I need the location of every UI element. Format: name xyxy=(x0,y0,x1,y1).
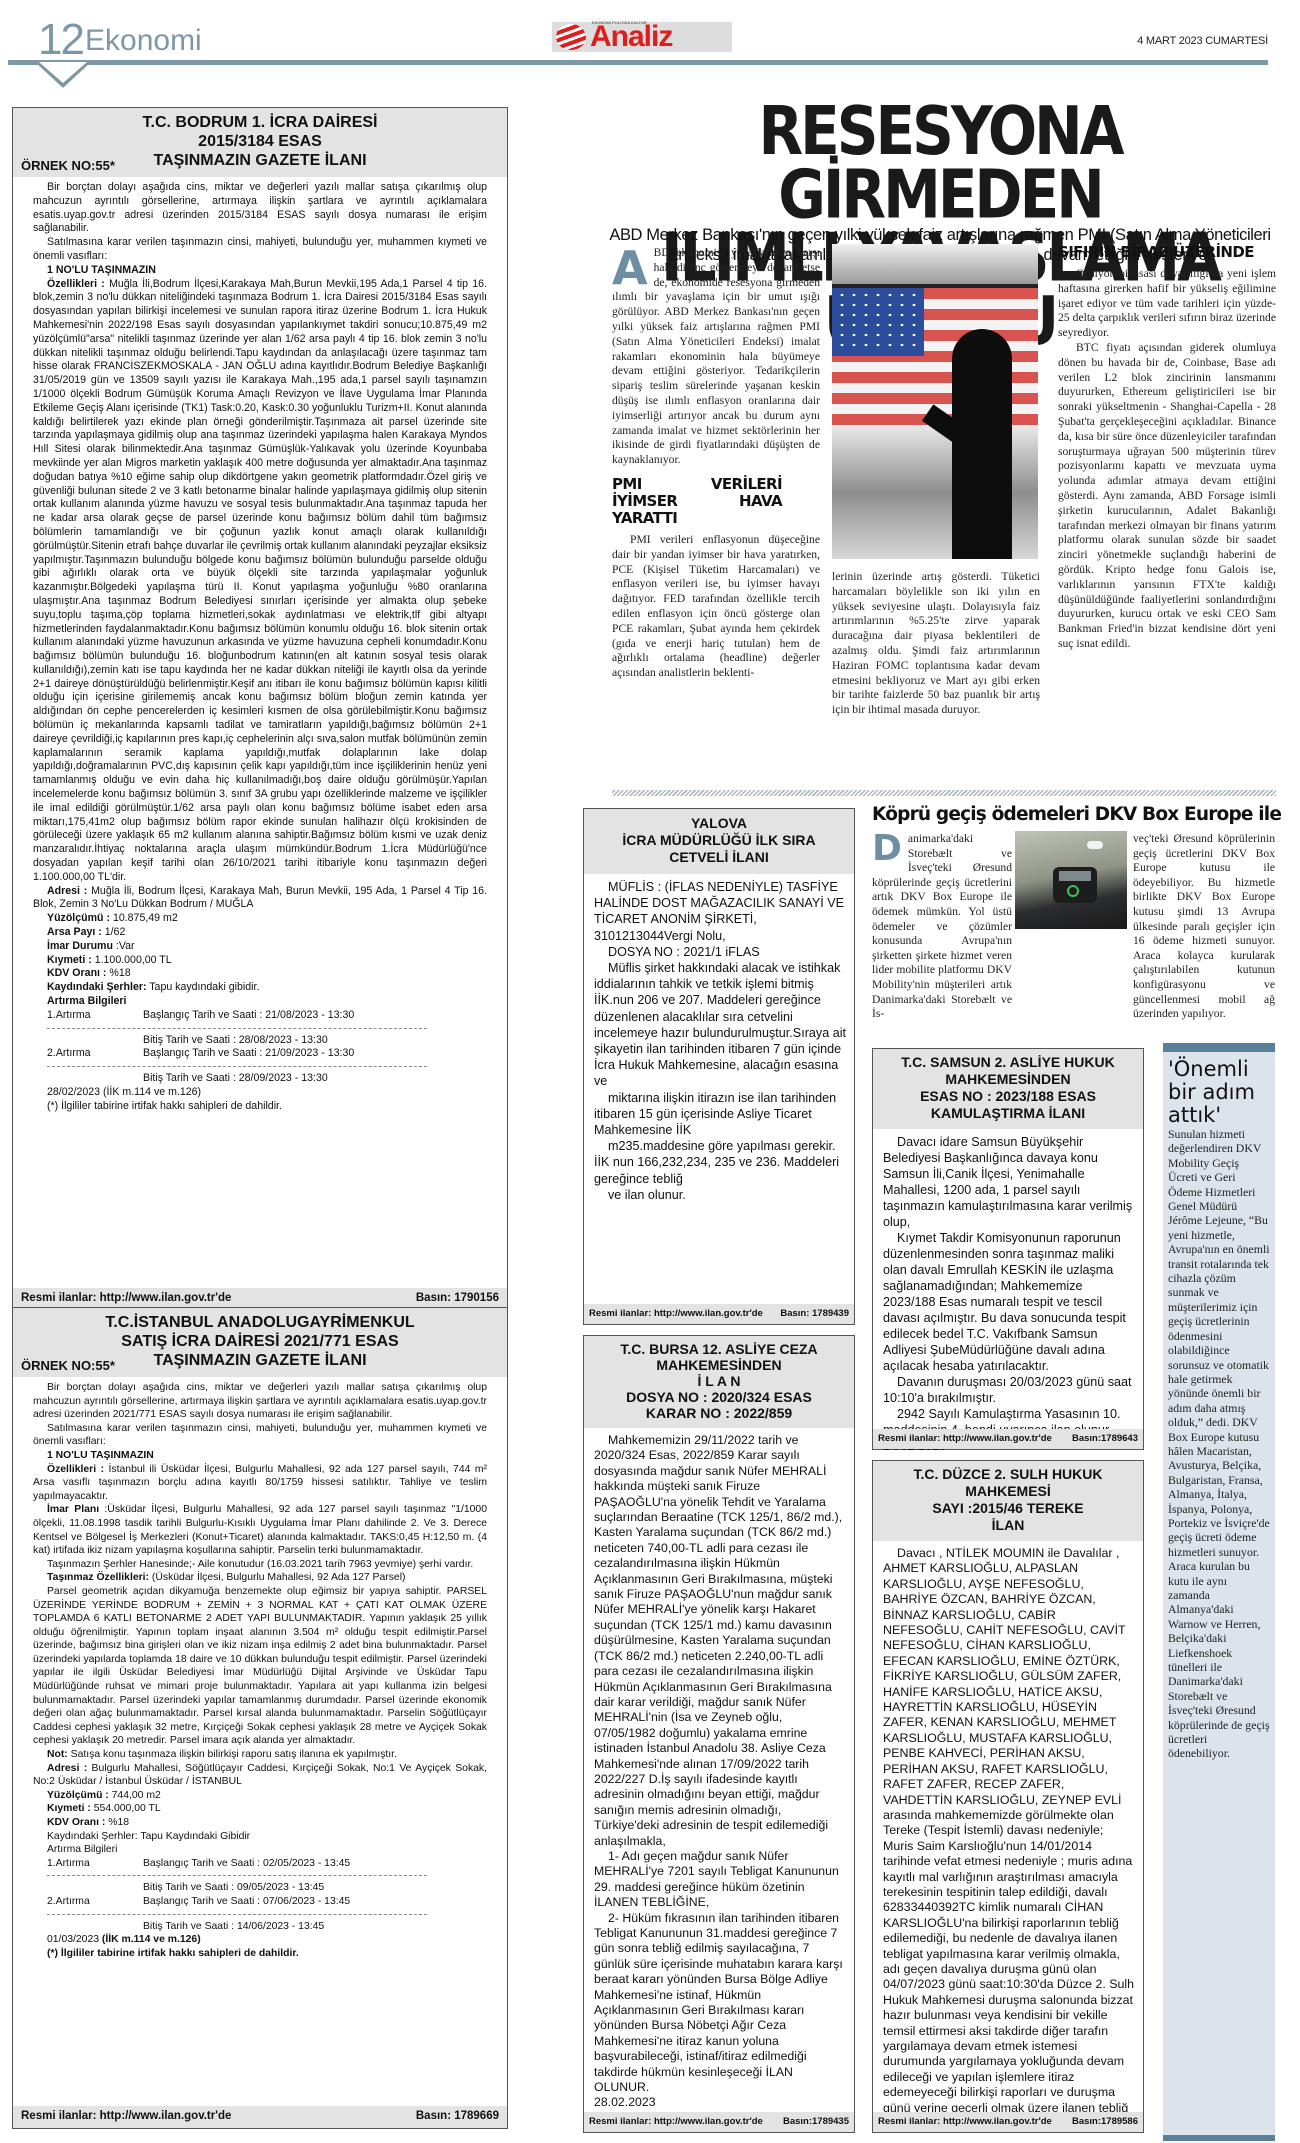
ornek-number: ÖRNEK NO:55* xyxy=(21,156,115,175)
ad-title-line: 2015/3184 ESAS xyxy=(13,132,507,151)
press-number: Basın: 1790156 xyxy=(416,1292,499,1306)
ad-body: Mahkememizin 29/11/2022 tarih ve 2020/32… xyxy=(584,1428,854,2111)
header-rule xyxy=(8,60,1268,65)
logo-tagline: EKONOMİ POLİTİKA KÜLTÜR xyxy=(592,20,647,25)
article-column-2: lerinin üzerinde artış gösterdi. Tüketic… xyxy=(832,570,1040,718)
ad-date: 28.02.2023 xyxy=(594,2095,846,2110)
legal-ad-bursa: T.C. BURSA 12. ASLİYE CEZA MAHKEMESİNDEN… xyxy=(583,1335,855,2133)
section-title: 1 NO'LU TAŞINMAZIN xyxy=(33,264,487,278)
ad-title-line: T.C. BURSA 12. ASLİYE CEZA xyxy=(584,1341,854,1357)
dropcap: D xyxy=(872,834,902,864)
dkv-box-dashboard-photo xyxy=(1015,831,1127,929)
ad-header: T.C. DÜZCE 2. SULH HUKUK MAHKEMESİ SAYI … xyxy=(873,1461,1143,1541)
ad-paragraph: Davanın duruşması 20/03/2023 günü saat 1… xyxy=(883,1374,1135,1406)
logo-swirl-icon xyxy=(556,24,586,50)
ad-title-line: KAMULAŞTIRMA İLANI xyxy=(873,1105,1143,1122)
press-number: Basın:1789586 xyxy=(1072,2114,1138,2129)
ornek-number: ÖRNEK NO:55* xyxy=(21,1356,115,1375)
ad-title-line: T.C. SAMSUN 2. ASLİYE HUKUK xyxy=(873,1054,1143,1071)
ad-title-line: T.C. DÜZCE 2. SULH HUKUK xyxy=(873,1466,1143,1483)
ad-title-line: MAHKEMESİNDEN xyxy=(584,1357,854,1373)
ad-title-line: SATIŞ İCRA DAİRESİ 2021/771 ESAS xyxy=(13,1332,507,1351)
parsel-paragraph: Parsel geometrik açıdan dikyamuğa benzem… xyxy=(33,1585,487,1748)
ad-title-line: ESAS NO : 2023/188 ESAS xyxy=(873,1088,1143,1105)
ad-title-line: MAHKEMESİ xyxy=(873,1483,1143,1500)
auction-row: Bitiş Tarih ve Saati : 14/06/2023 - 13:4… xyxy=(33,1920,487,1934)
official-ads-link[interactable]: Resmi ilanlar: http://www.ilan.gov.tr'de xyxy=(878,1431,1052,1447)
auction-row: 1.ArtırmaBaşlangıç Tarih ve Saati : 21/0… xyxy=(33,1009,487,1023)
features-paragraph: Özellikleri : Muğla İli,Bodrum İlçesi,Ka… xyxy=(33,278,487,885)
legal-ad-samsun: T.C. SAMSUN 2. ASLİYE HUKUK MAHKEMESİNDE… xyxy=(872,1048,1144,1450)
official-ads-link[interactable]: Resmi ilanlar: http://www.ilan.gov.tr'de xyxy=(878,2114,1052,2129)
section-title: Ekonomi xyxy=(85,24,202,58)
article-paragraph: lerinin üzerinde artış gösterdi. Tüketic… xyxy=(832,570,1040,716)
field-row: Kıymeti : 1.100.000,00 TL xyxy=(33,954,487,968)
features-paragraph: Özellikleri : İstanbul ili Üsküdar İlçes… xyxy=(33,1463,487,1504)
ad-footer: Resmi ilanlar: http://www.ilan.gov.tr'de… xyxy=(584,2112,854,2132)
article-column-1: A BD ekonomisi yavaşlamaya karşı hala di… xyxy=(612,246,820,681)
auction-row: 1.ArtırmaBaşlangıç Tarih ve Saati : 02/0… xyxy=(33,1857,487,1871)
ad-footer: Resmi ilanlar: http://www.ilan.gov.tr'de… xyxy=(873,2112,1143,2132)
note-paragraph: Not: Satışa konu taşınmaza ilişkin bilir… xyxy=(33,1748,487,1762)
ad-paragraph: ve ilan olunur. xyxy=(594,1187,846,1203)
ad-title-line: KARAR NO : 2022/859 xyxy=(584,1405,854,1421)
ad-paragraph: Satılmasına karar verilen taşınmazın cin… xyxy=(33,1422,487,1449)
footnote: (*) İlgililer tabirine irtifak hakkı sah… xyxy=(33,1100,487,1114)
field-row: Kıymeti : 554.000,00 TL xyxy=(33,1802,487,1816)
dashed-divider xyxy=(47,1875,427,1876)
ad-body: Bir borçtan dolayı aşağıda cins, miktar … xyxy=(13,177,507,1114)
dashed-divider xyxy=(47,1914,427,1915)
field-row: Yüzölçümü : 10.875,49 m2 xyxy=(33,912,487,926)
auction-title: Artırma Bilgileri xyxy=(33,995,487,1009)
ad-body: Davacı , NTİLEK MOUMIN ile Davalılar , A… xyxy=(873,1541,1143,2131)
serh-paragraph: Taşınmazın Şerhler Hanesinde;- Aile konu… xyxy=(33,1558,487,1572)
ad-paragraph: Davacı , NTİLEK MOUMIN ile Davalılar , A… xyxy=(883,1546,1135,2131)
article-paragraph: veç'teki Øresund köprülerinin geçiş ücre… xyxy=(1133,832,1275,1020)
article-subheading: PMI VERİLERİ İYİMSER HAVA YARATTI xyxy=(612,476,782,527)
ad-paragraph: Satılmasına karar verilen taşınmazın cin… xyxy=(33,236,487,264)
legal-ad-istanbul: T.C.İSTANBUL ANADOLUGAYRİMENKUL SATIŞ İC… xyxy=(12,1307,508,2129)
official-ads-link[interactable]: Resmi ilanlar: http://www.ilan.gov.tr'de xyxy=(589,1306,763,1322)
sidebar-quote-box: 'Önemli bir adım attık' Sunulan hizmeti … xyxy=(1163,1043,1275,2141)
sidebar-quote-title: 'Önemli bir adım attık' xyxy=(1163,1052,1275,1127)
auction-row: 2.ArtırmaBaşlangıç Tarih ve Saati : 07/0… xyxy=(33,1895,487,1909)
dkv-article-headline: Köprü geçiş ödemeleri DKV Box Europe ile xyxy=(872,803,1282,827)
article-paragraph: Opsiyon piyasası duyarlılığı da yeni işl… xyxy=(1058,267,1276,341)
ad-paragraph: Davacı idare Samsun Büyükşehir Belediyes… xyxy=(883,1134,1135,1230)
legal-ad-duzce: T.C. DÜZCE 2. SULH HUKUK MAHKEMESİ SAYI … xyxy=(872,1460,1144,2133)
press-number: Basın: 1789439 xyxy=(780,1306,849,1322)
official-ads-link[interactable]: Resmi ilanlar: http://www.ilan.gov.tr'de xyxy=(589,2114,763,2129)
dkv-column-right: veç'teki Øresund köprülerinin geçiş ücre… xyxy=(1133,832,1275,1022)
ad-body: Davacı idare Samsun Büyükşehir Belediyes… xyxy=(873,1129,1143,1454)
date-reference: 28/02/2023 (İİK m.114 ve m.126) xyxy=(33,1086,487,1100)
ad-title-line: T.C.İSTANBUL ANADOLUGAYRİMENKUL xyxy=(13,1313,507,1332)
ad-footer: Resmi ilanlar: http://www.ilan.gov.tr'de… xyxy=(584,1304,854,1324)
article-paragraph: BTC fiyatı açısından giderek olumluya dö… xyxy=(1058,341,1276,652)
press-number: Basın:1789435 xyxy=(783,2114,849,2129)
ad-title-line: MAHKEMESİNDEN xyxy=(873,1071,1143,1088)
ad-title-line: İCRA MÜDÜRLÜĞÜ İLK SIRA xyxy=(584,832,854,849)
ad-paragraph: m235.maddesine göre yapılması gerekir. İ… xyxy=(594,1138,846,1187)
hatch-divider xyxy=(612,790,1276,796)
press-number: Basın: 1789669 xyxy=(416,2110,499,2124)
ad-footer: Resmi ilanlar: http://www.ilan.gov.tr'de… xyxy=(873,1429,1143,1449)
ad-header: T.C. SAMSUN 2. ASLİYE HUKUK MAHKEMESİNDE… xyxy=(873,1049,1143,1129)
ad-header: T.C.İSTANBUL ANADOLUGAYRİMENKUL SATIŞ İC… xyxy=(13,1308,507,1377)
article-paragraph: PMI verileri enflasyonun düşeceğine dair… xyxy=(612,533,820,681)
ad-body: MÜFLİS : (İFLAS NEDENİYLE) TASFİYE HALİN… xyxy=(584,874,854,1203)
press-number: Basın:1789643 xyxy=(1072,1431,1138,1447)
field-row: İmar Durumu :Var xyxy=(33,940,487,954)
auction-row: Bitiş Tarih ve Saati : 28/08/2023 - 13:3… xyxy=(33,1034,487,1048)
address-paragraph: Adresi : Muğla İli, Bodrum İlçesi, Karak… xyxy=(33,885,487,913)
serhler-row: Kaydındaki Şerhler: Tapu Kaydındaki Gibi… xyxy=(33,1830,487,1844)
ad-paragraph: Kıymet Takdir Komisyonunun raporunun düz… xyxy=(883,1230,1135,1374)
section-title: 1 NO'LU TAŞINMAZIN xyxy=(33,1449,487,1463)
flag-silhouette-photo xyxy=(832,244,1038,559)
field-row: KDV Oranı : %18 xyxy=(33,967,487,981)
field-row: Arsa Payı : 1/62 xyxy=(33,926,487,940)
ad-title-line: İ L A N xyxy=(584,1373,854,1389)
ad-paragraph: Bir borçtan dolayı aşağıda cins, miktar … xyxy=(33,1381,487,1422)
ad-title-line: YALOVA xyxy=(584,815,854,832)
logo-text: Analiz xyxy=(590,22,672,52)
ad-paragraph: DOSYA NO : 2021/1 iFLAS xyxy=(594,944,846,960)
ad-paragraph: 2- Hüküm fıkrasının ilan tarihinden itib… xyxy=(594,1911,846,2096)
official-ads-link[interactable]: Resmi ilanlar: http://www.ilan.gov.tr'de xyxy=(21,1292,231,1306)
ad-paragraph: 1- Adı geçen mağdur sanık Nüfer MEHRALİ'… xyxy=(594,1849,846,1911)
ad-header: T.C. BURSA 12. ASLİYE CEZA MAHKEMESİNDEN… xyxy=(584,1336,854,1428)
ad-header: YALOVA İCRA MÜDÜRLÜĞÜ İLK SIRA CETVELİ İ… xyxy=(584,809,854,874)
auction-row: 2.ArtırmaBaşlangıç Tarih ve Saati : 21/0… xyxy=(33,1047,487,1061)
dashed-divider xyxy=(47,1028,427,1029)
page-number: 12 xyxy=(38,18,83,62)
headline-line: RESESYONA GİRMEDEN xyxy=(600,100,1280,227)
ad-title-line: CETVELİ İLANI xyxy=(584,849,854,866)
ad-footer: Resmi ilanlar: http://www.ilan.gov.tr'de… xyxy=(13,2106,507,2128)
ad-title-line: SAYI :2015/46 TEREKE xyxy=(873,1500,1143,1517)
newspaper-logo[interactable]: EKONOMİ POLİTİKA KÜLTÜR Analiz xyxy=(552,22,732,52)
article-column-3: SIFIRIN BİRAZ ÜZERİNDE Opsiyon piyasası … xyxy=(1058,244,1276,652)
ad-paragraph: MÜFLİS : (İFLAS NEDENİYLE) TASFİYE HALİN… xyxy=(594,879,846,944)
dkv-column-left: D animarka'daki Storebælt ve İsveç'teki … xyxy=(872,832,1012,1022)
date-reference: 01/03/2023 (İİK m.114 ve m.126) xyxy=(33,1933,487,1947)
auction-row: Bitiş Tarih ve Saati : 28/09/2023 - 13:3… xyxy=(33,1072,487,1086)
issue-date: 4 MART 2023 CUMARTESİ xyxy=(1137,35,1268,47)
official-ads-link[interactable]: Resmi ilanlar: http://www.ilan.gov.tr'de xyxy=(21,2110,231,2124)
ad-title-line: DOSYA NO : 2020/324 ESAS xyxy=(584,1389,854,1405)
tasinmaz-paragraph: Taşınmaz Özellikleri: (Üsküdar İlçesi, B… xyxy=(33,1571,487,1585)
ad-title-line: İLAN xyxy=(873,1517,1143,1534)
legal-ad-bodrum: T.C. BODRUM 1. İCRA DAİRESİ 2015/3184 ES… xyxy=(12,107,508,1311)
ad-paragraph: miktarına ilişkin itirazın ise ilan tari… xyxy=(594,1090,846,1139)
field-row: Yüzölçümü : 744,00 m2 xyxy=(33,1789,487,1803)
sidebar-quote-body: Sunulan hizmeti değerlendiren DKV Mobili… xyxy=(1163,1127,1275,1761)
ad-paragraph: Mahkememizin 29/11/2022 tarih ve 2020/32… xyxy=(594,1433,846,1849)
address-paragraph: Adresi : Bulgurlu Mahallesi, Söğütlüçayı… xyxy=(33,1762,487,1789)
field-row: KDV Oranı : %18 xyxy=(33,1816,487,1830)
article-subheading: SIFIRIN BİRAZ ÜZERİNDE xyxy=(1058,244,1276,261)
dropcap: A xyxy=(612,248,648,288)
ad-header: T.C. BODRUM 1. İCRA DAİRESİ 2015/3184 ES… xyxy=(13,108,507,177)
imar-paragraph: İmar Planı :Üsküdar İlçesi, Bulgurlu Mah… xyxy=(33,1503,487,1557)
ad-paragraph: Bir borçtan dolayı aşağıda cins, miktar … xyxy=(33,181,487,236)
ad-body: Bir borçtan dolayı aşağıda cins, miktar … xyxy=(13,1377,507,1960)
header-chevron-inner xyxy=(39,62,87,83)
footnote: (*) İlgililer tabirine irtifak hakkı sah… xyxy=(33,1947,487,1961)
dashed-divider xyxy=(47,1066,427,1067)
ad-paragraph: Müflis şirket hakkındaki alacak ve istih… xyxy=(594,960,846,1090)
auction-row: Bitiş Tarih ve Saati : 09/05/2023 - 13:4… xyxy=(33,1881,487,1895)
ad-title-line: T.C. BODRUM 1. İCRA DAİRESİ xyxy=(13,113,507,132)
auction-title: Artırma Bilgileri xyxy=(33,1843,487,1857)
field-row: Kaydındaki Şerhler: Tapu kaydındaki gibi… xyxy=(33,981,487,995)
legal-ad-yalova: YALOVA İCRA MÜDÜRLÜĞÜ İLK SIRA CETVELİ İ… xyxy=(583,808,855,1325)
